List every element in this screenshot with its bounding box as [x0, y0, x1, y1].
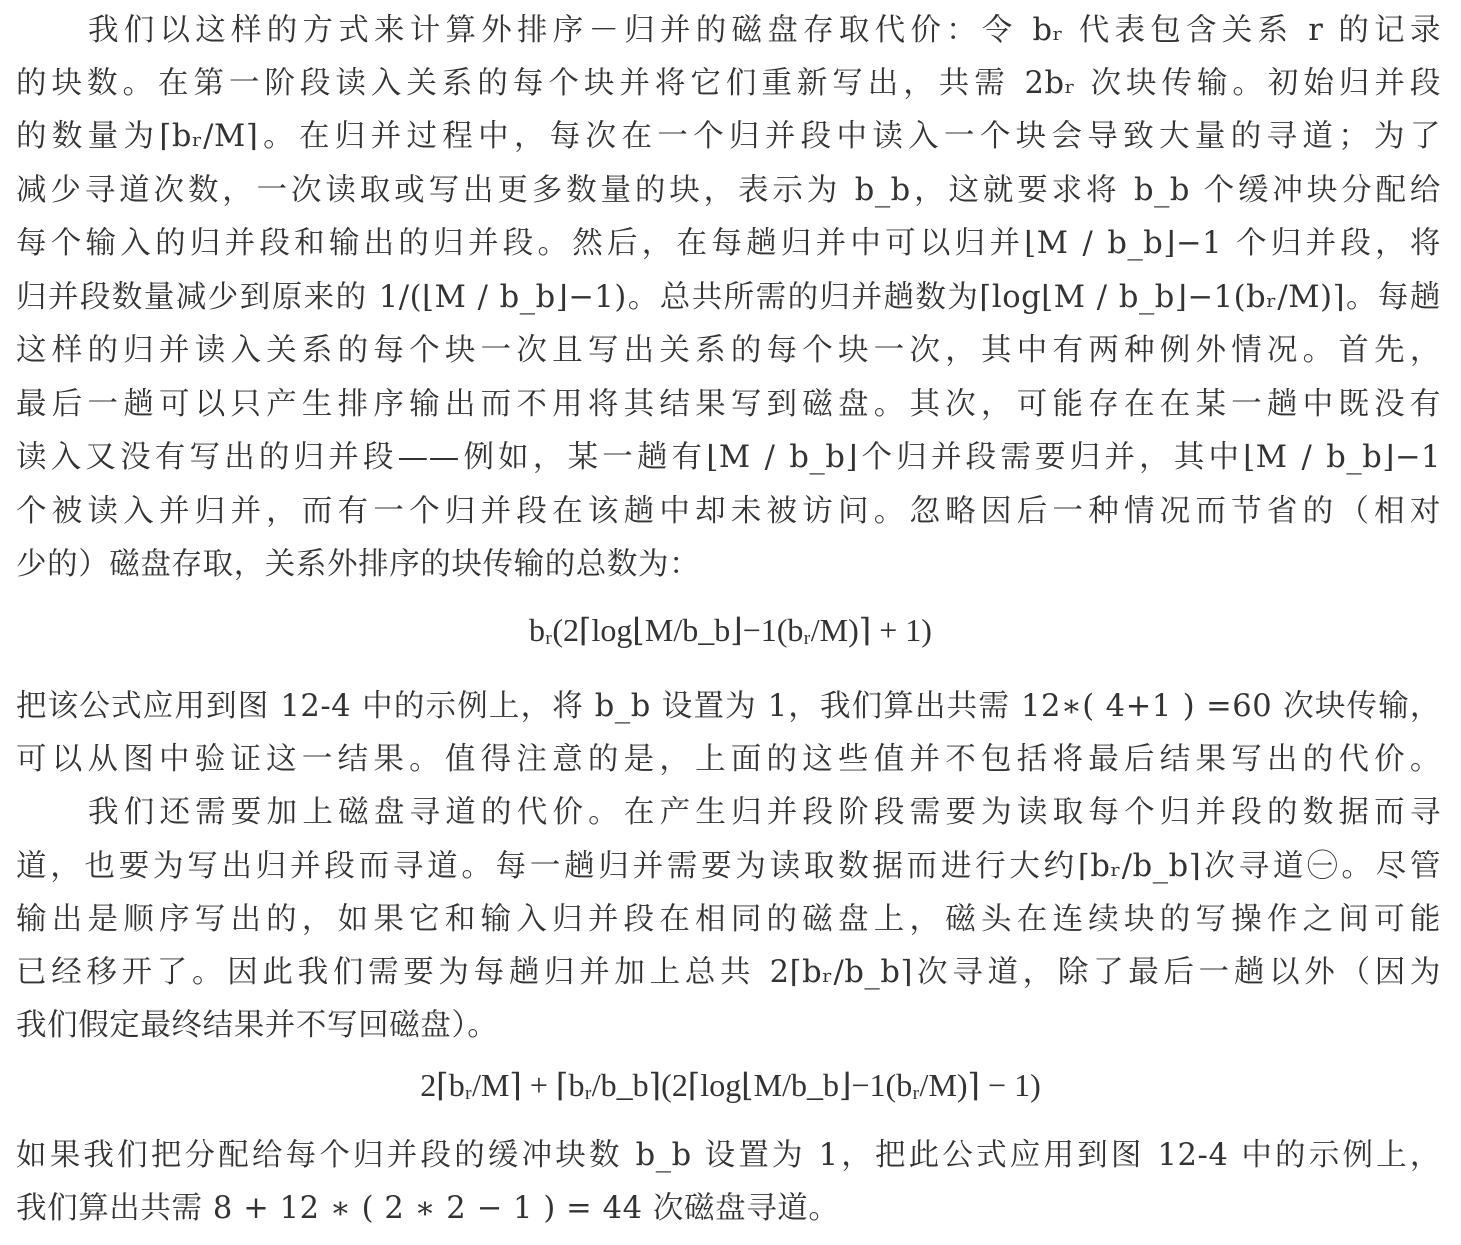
paragraph-4-line-2: 我们算出共需 8 + 12 ∗ ( 2 ∗ 2 − 1 ) = 44 次磁盘寻道… [16, 1182, 1441, 1236]
paragraph-1-line-10: 个被读入并归并，而有一个归并段在该趟中却未被访问。忽略因后一种情况而节省的（相对 [16, 485, 1441, 539]
paragraph-1-line-7: 这样的归并读入关系的每个块一次且写出关系的每个块一次，其中有两种例外情况。首先， [16, 324, 1441, 378]
disk-seek-formula: 2⌈bᵣ/M⌉ + ⌈bᵣ/b_b⌉(2⌈log⌊M/b_b⌋−1(bᵣ/M)⌉… [0, 1058, 1461, 1112]
paragraph-3-line-4: 已经移开了。因此我们需要为每趟归并加上总共 2⌈bᵣ/b_b⌉次寻道，除了最后一… [16, 946, 1441, 1000]
paragraph-3-line-5: 我们假定最终结果并不写回磁盘）。 [16, 999, 1441, 1053]
paragraph-4-line-1: 如果我们把分配给每个归并段的缓冲块数 b_b 设置为 1，把此公式应用到图 12… [16, 1129, 1441, 1183]
paragraph-1-line-9: 读入又没有写出的归并段——例如，某一趟有⌊M / b_b⌋个归并段需要归并，其中… [16, 431, 1441, 485]
paragraph-1-line-1: 我们以这样的方式来计算外排序－归并的磁盘存取代价：令 bᵣ 代表包含关系 r 的… [88, 4, 1441, 58]
paragraph-1-line-5: 每个输入的归并段和输出的归并段。然后，在每趟归并中可以归并⌊M / b_b⌋−1… [16, 217, 1441, 271]
paragraph-1-line-11: 少的）磁盘存取，关系外排序的块传输的总数为： [16, 538, 1441, 592]
document-page: 我们以这样的方式来计算外排序－归并的磁盘存取代价：令 bᵣ 代表包含关系 r 的… [0, 0, 1461, 1245]
paragraph-3-line-2: 道，也要为写出归并段而寻道。每一趟归并需要为读取数据而进行大约⌈bᵣ/b_b⌉次… [16, 840, 1441, 894]
paragraph-1-line-8: 最后一趟可以只产生排序输出而不用将其结果写到磁盘。其次，可能存在在某一趟中既没有 [16, 378, 1441, 432]
paragraph-1-line-2: 的块数。在第一阶段读入关系的每个块并将它们重新写出，共需 2bᵣ 次块传输。初始… [16, 57, 1441, 111]
paragraph-1-line-6: 归并段数量减少到原来的 1/(⌊M / b_b⌋−1)。总共所需的归并趟数为⌈l… [16, 271, 1441, 325]
paragraph-3-line-3: 输出是顺序写出的，如果它和输入归并段在相同的磁盘上，磁头在连续块的写操作之间可能 [16, 893, 1441, 947]
paragraph-2-line-1: 把该公式应用到图 12-4 中的示例上，将 b_b 设置为 1，我们算出共需 1… [16, 680, 1441, 734]
block-transfer-formula: bᵣ(2⌈log⌊M/b_b⌋−1(bᵣ/M)⌉ + 1) [0, 603, 1461, 657]
paragraph-1-line-4: 减少寻道次数，一次读取或写出更多数量的块，表示为 b_b，这就要求将 b_b 个… [16, 164, 1441, 218]
paragraph-1-line-3: 的数量为⌈bᵣ/M⌉。在归并过程中，每次在一个归并段中读入一个块会导致大量的寻道… [16, 110, 1441, 164]
paragraph-2-line-2: 可以从图中验证这一结果。值得注意的是，上面的这些值并不包括将最后结果写出的代价。 [16, 733, 1441, 787]
paragraph-3-line-1: 我们还需要加上磁盘寻道的代价。在产生归并段阶段需要为读取每个归并段的数据而寻 [88, 786, 1441, 840]
